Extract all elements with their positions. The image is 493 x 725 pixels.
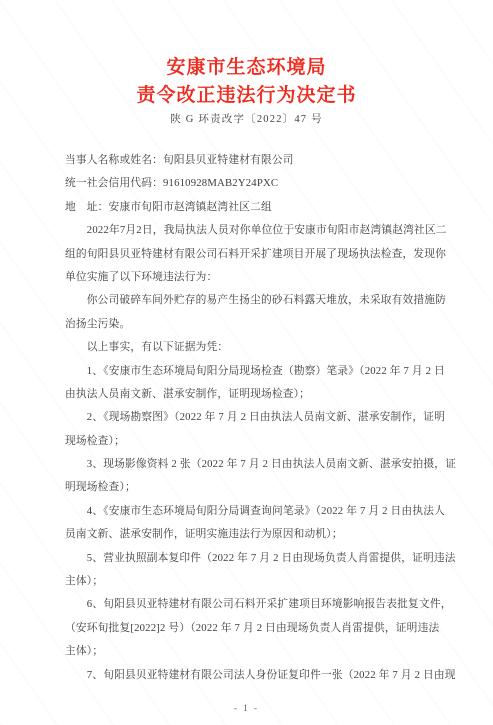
document-line: 主体）； <box>65 640 440 663</box>
document-line: 明现场检查）； <box>65 476 440 499</box>
document-line: 现场检查）； <box>65 430 440 453</box>
document-line: 你公司破碎车间外贮存的易产生扬尘的砂石料露天堆放，未采取有效措施防 <box>65 289 440 312</box>
document-line: 统一社会信用代码：91610928MAB2Y24PXC <box>65 172 440 195</box>
document-title-line2: 责令改正违法行为决定书 <box>0 82 493 110</box>
document-line: 地 址：安康市旬阳市赵湾镇赵湾社区二组 <box>65 196 440 219</box>
document-line: 6、旬阳县贝亚特建材有限公司石料开采扩建项目环境影响报告表批复文件， <box>65 593 440 616</box>
document-line: 4、《安康市生态环境局旬阳分局调查询问笔录》（2022 年 7 月 2 日由执法… <box>65 500 440 523</box>
document-line: 3、现场影像资料 2 张（2022 年 7 月 2 日由执法人员南文新、湛承安拍… <box>65 453 440 476</box>
document-line: 治扬尘污染。 <box>65 313 440 336</box>
document-line: 单位实施了以下环境违法行为： <box>65 266 440 289</box>
document-number: 陕 G 环责改字〔2022〕47 号 <box>0 111 493 126</box>
document-line: 由执法人员南文新、湛承安制作，证明现场检查）； <box>65 383 440 406</box>
document-page: 安康市生态环境局 责令改正违法行为决定书 陕 G 环责改字〔2022〕47 号 … <box>0 0 493 725</box>
document-line: （安环旬批复[2022]2 号）（2022 年 7 月 2 日由现场负责人肖雷提… <box>65 617 440 640</box>
document-title: 安康市生态环境局 责令改正违法行为决定书 <box>0 54 493 110</box>
document-line: 当事人名称或姓名：旬阳县贝亚特建材有限公司 <box>65 149 440 172</box>
document-line: 5、营业执照副本复印件（2022 年 7 月 2 日由现场负责人肖雷提供，证明违… <box>65 547 440 570</box>
document-line: 以上事实，有以下证据为凭： <box>65 336 440 359</box>
document-line: 员南文新、湛承安制作，证明实施违法行为原因和动机）； <box>65 523 440 546</box>
document-body: 当事人名称或姓名：旬阳县贝亚特建材有限公司统一社会信用代码：91610928MA… <box>65 149 440 687</box>
document-title-line1: 安康市生态环境局 <box>0 54 493 82</box>
document-line: 2、《现场勘察图》（2022 年 7 月 2 日由执法人员南文新、湛承安制作，证… <box>65 406 440 429</box>
page-number: - 1 - <box>0 703 493 713</box>
document-line: 7、旬阳县贝亚特建材有限公司法人身份证复印件一张（2022 年 7 月 2 日由… <box>65 664 440 687</box>
document-line: 2022年7月2日，我局执法人员对你单位位于安康市旬阳市赵湾镇赵湾社区二 <box>65 219 440 242</box>
document-line: 主体）； <box>65 570 440 593</box>
document-line: 组的旬阳县贝亚特建材有限公司石料开采扩建项目开展了现场执法检查，发现你 <box>65 243 440 266</box>
document-line: 1、《安康市生态环境局旬阳分局现场检查（勘察）笔录》（2022 年 7 月 2 … <box>65 360 440 383</box>
